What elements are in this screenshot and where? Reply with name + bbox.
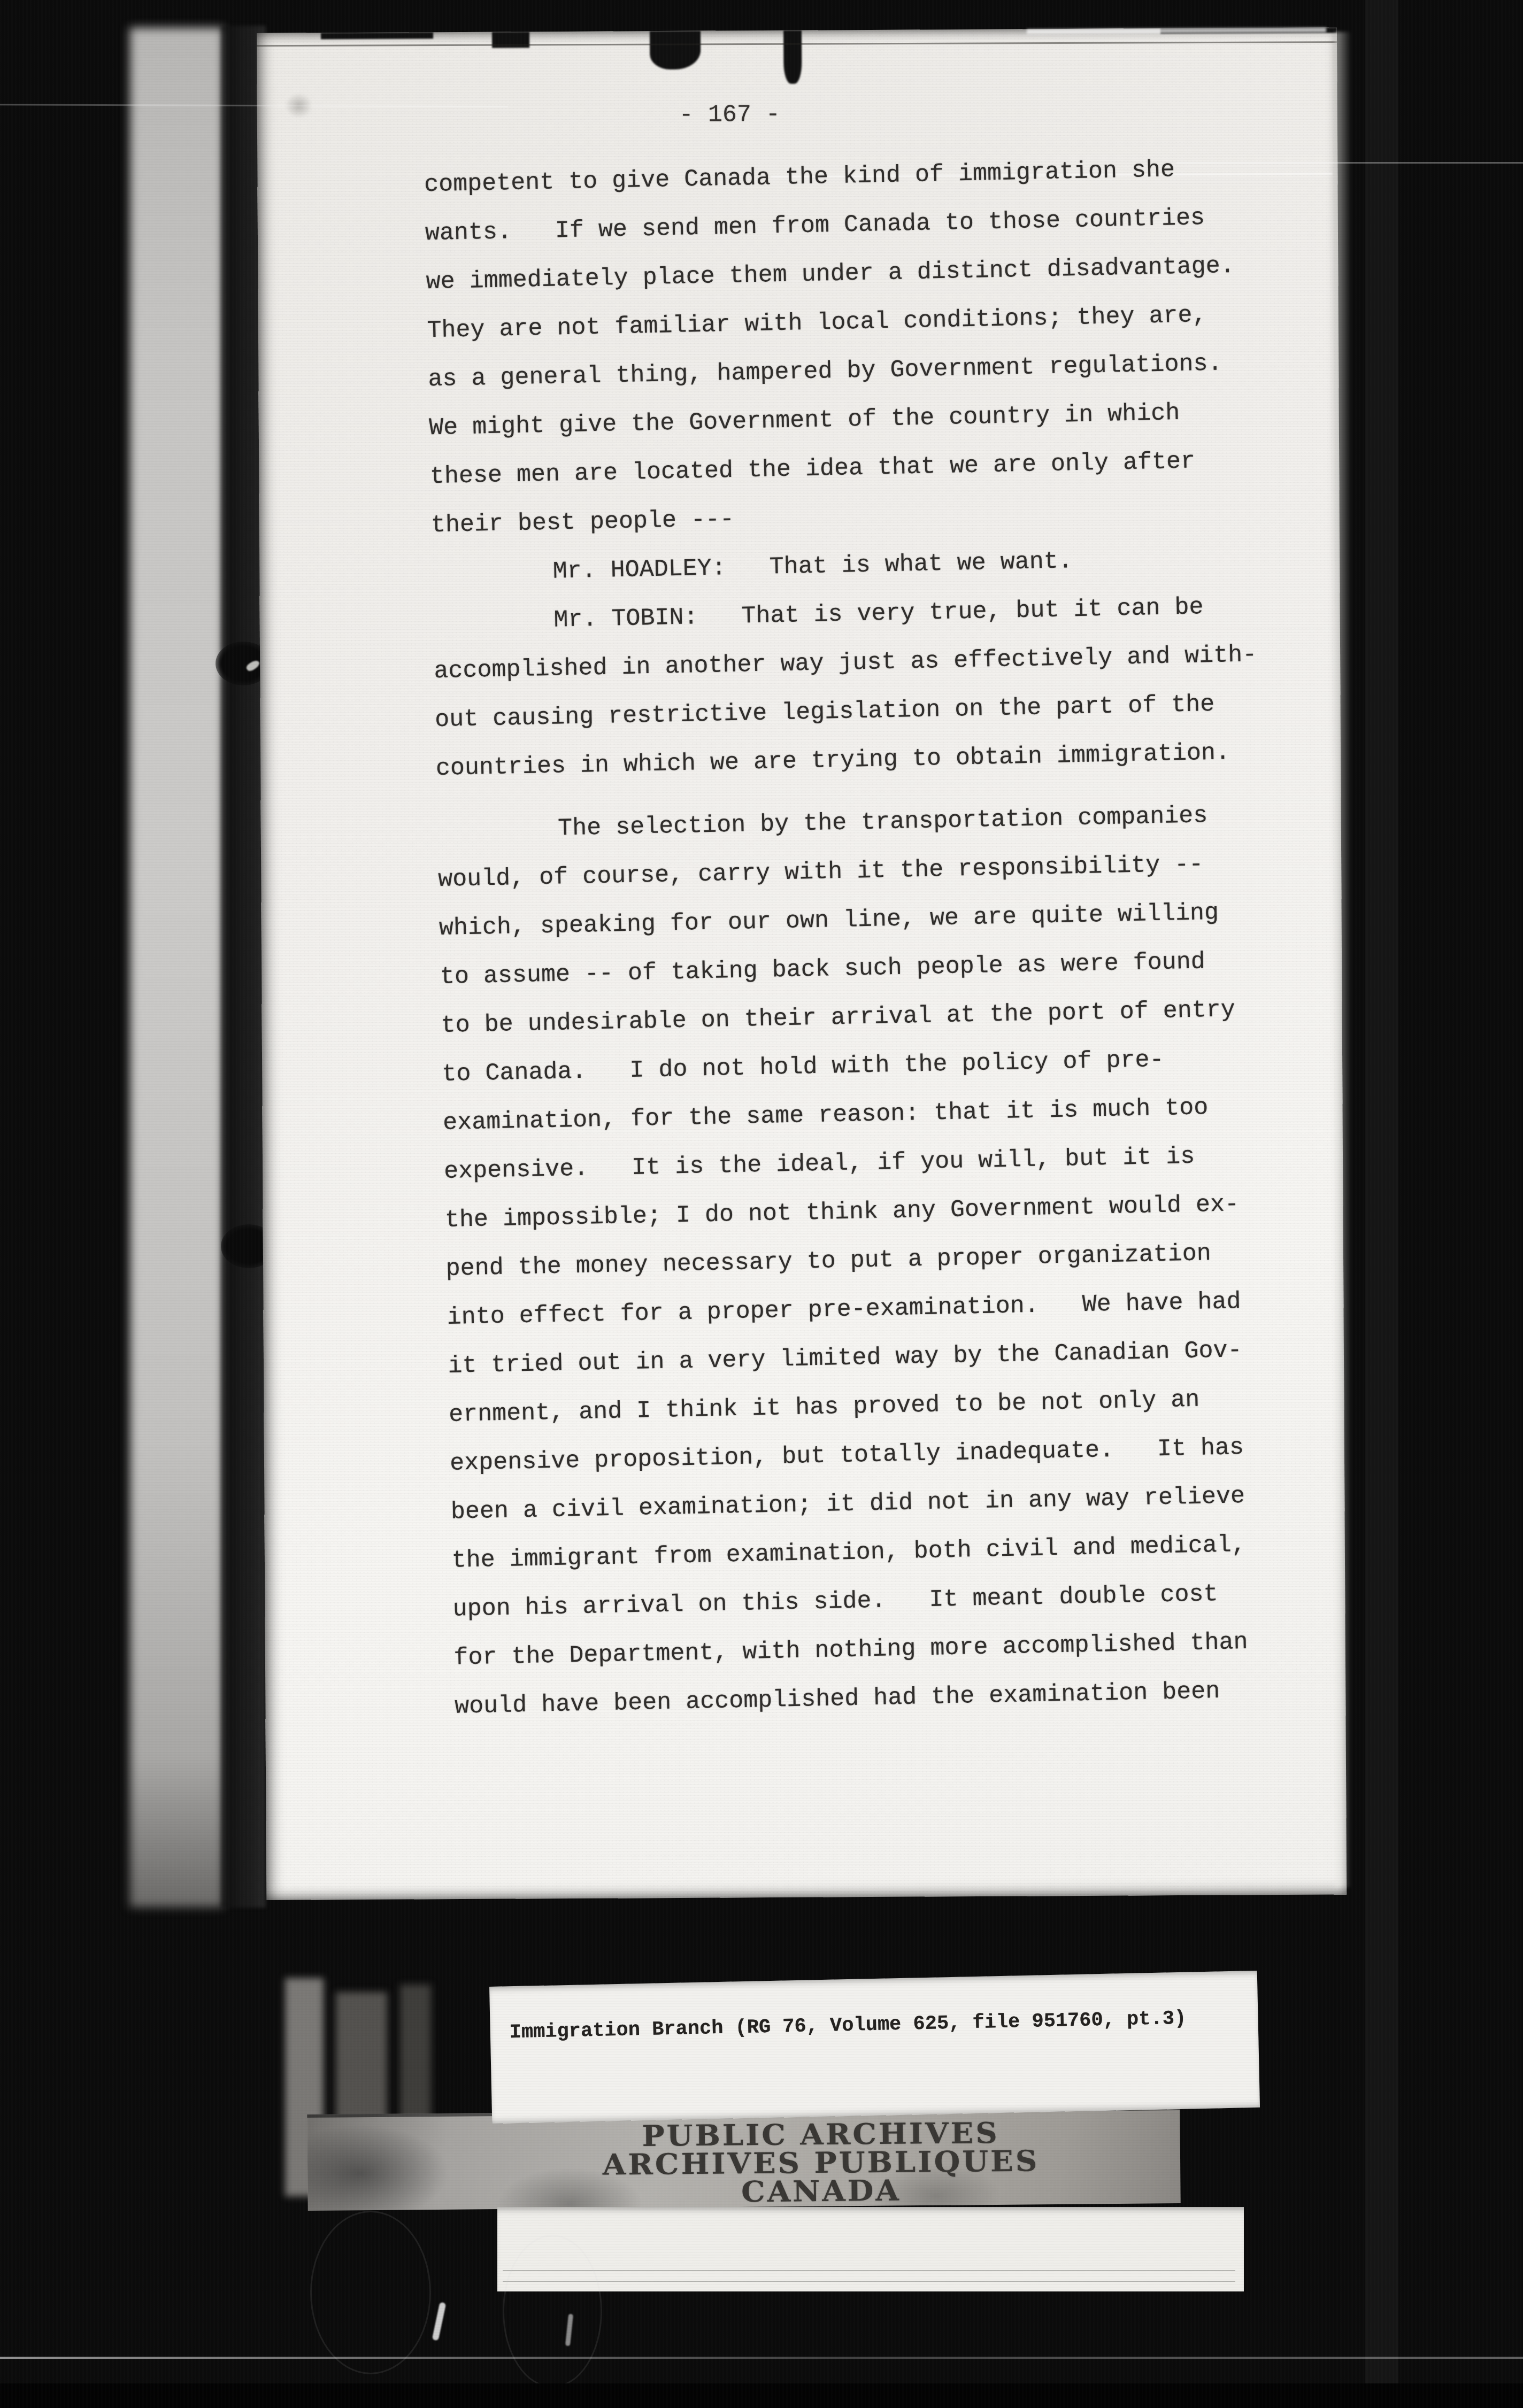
bottom-scratch-line (0, 2357, 1523, 2359)
archives-stamp-slip: PUBLIC ARCHIVES ARCHIVES PUBLIQUES CANAD… (307, 2107, 1181, 2211)
film-frame: - 167 - competent to give Canada the kin… (0, 0, 1523, 2408)
page-top-fringe (650, 31, 701, 70)
page-top-fringe (783, 30, 802, 84)
blank-slip (497, 2207, 1244, 2291)
right-film-band (1365, 0, 1398, 2408)
blank-slip-line (503, 2281, 1235, 2282)
reference-label: Immigration Branch (RG 76, Volume 625, f… (509, 2008, 1186, 2044)
page-number: - 167 - (679, 101, 780, 129)
bottom-film-edge (0, 2383, 1523, 2408)
film-ghost-ring (503, 2235, 602, 2388)
right-edge-highlight (1335, 32, 1351, 1887)
typed-text-block: competent to give Canada the kind of imm… (424, 143, 1332, 1731)
page-top-fringe (321, 32, 433, 39)
reference-slip: Immigration Branch (RG 76, Volume 625, f… (489, 1971, 1260, 2124)
page-sheet: - 167 - competent to give Canada the kin… (257, 27, 1347, 1900)
film-ghost-ring (310, 2211, 431, 2374)
archives-stamp-line3: CANADA (500, 2175, 1142, 2208)
film-glint (432, 2302, 447, 2341)
archives-stamp-text: PUBLIC ARCHIVES ARCHIVES PUBLIQUES CANAD… (499, 2118, 1142, 2209)
left-paper-strip (130, 28, 224, 1907)
blank-slip-line (503, 2270, 1235, 2271)
